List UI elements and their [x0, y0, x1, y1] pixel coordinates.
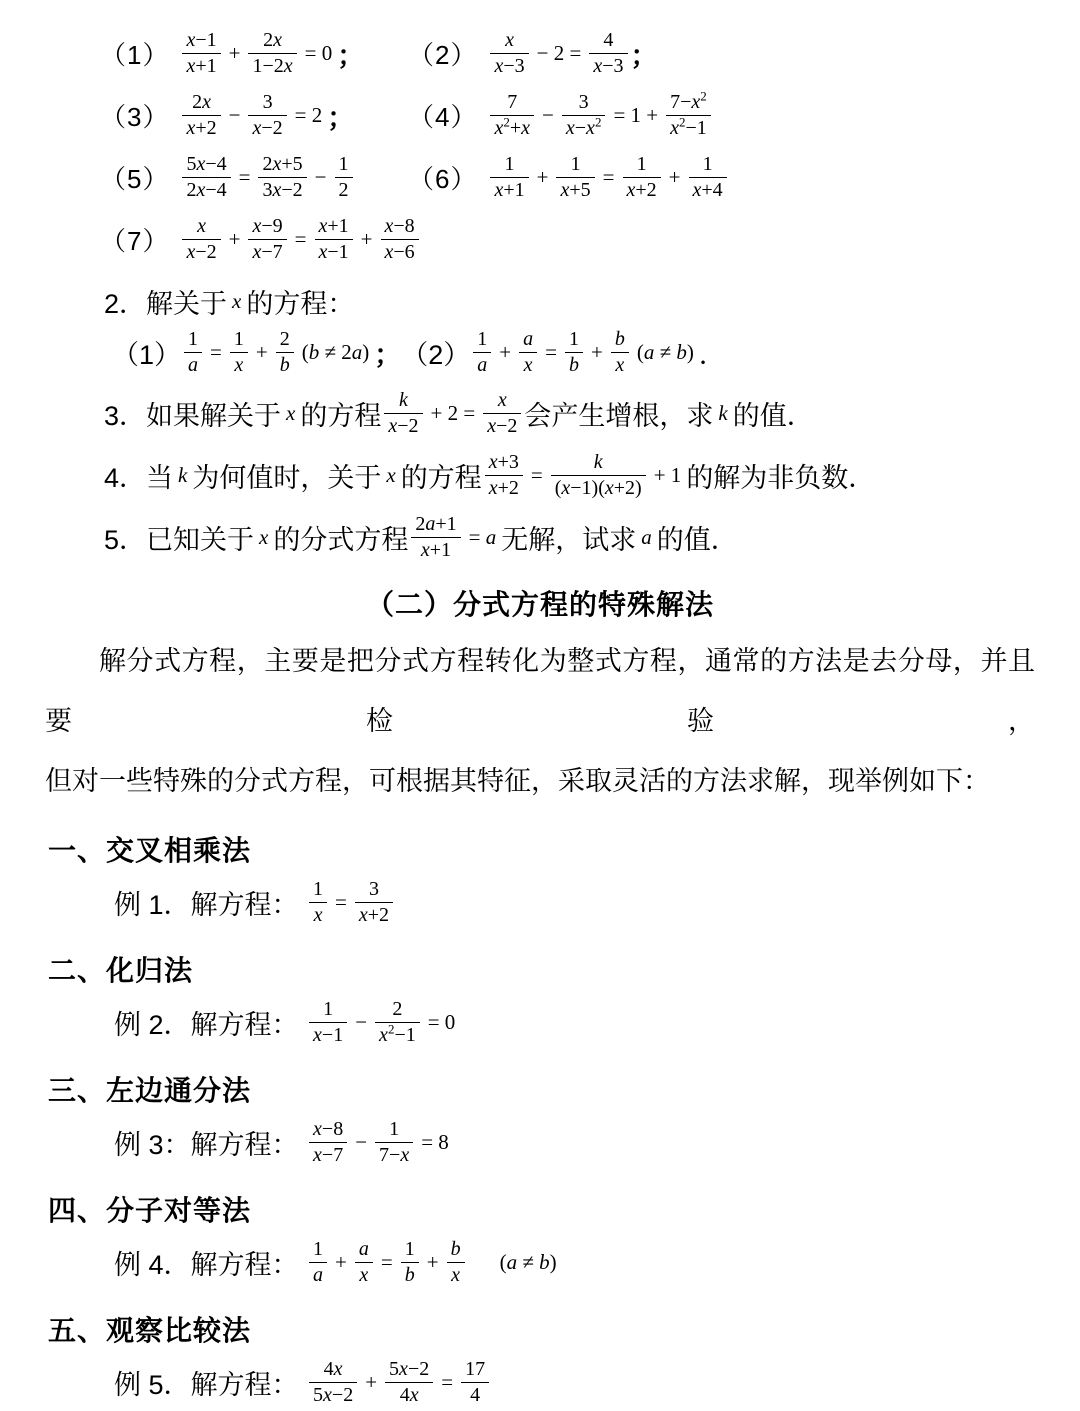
intro-paragraph-line-1: 解分式方程，主要是把分式方程转化为整式方程，通常的方法是去分母，并且要检验， — [45, 631, 1035, 751]
math-fraction: 2xx+2 — [182, 91, 220, 140]
math-fraction: 3x−x2 — [562, 91, 606, 140]
fraction-numerator: b — [611, 328, 629, 352]
text-run: 例 2．解方程： — [114, 1003, 306, 1042]
math-text: = — [335, 890, 347, 915]
math-fraction: xx−2 — [483, 389, 521, 438]
fraction-numerator: 1 — [699, 153, 717, 177]
text-run: 3．如果解关于 — [104, 394, 281, 433]
fraction-denominator: x+1 — [182, 54, 220, 78]
fraction-denominator: 7−x — [375, 1143, 413, 1167]
math-text: = a — [469, 525, 497, 550]
fraction-denominator: x−1 — [309, 1023, 347, 1047]
fraction-numerator: 1 — [565, 328, 583, 352]
math-text: = 1 + — [613, 103, 658, 128]
exercise-set-1: （1）x−1x+1+2x1−2x= 0；（2）xx−3− 2 =4x−3；（3）… — [100, 26, 1080, 266]
fraction-denominator: 4 — [466, 1383, 484, 1407]
method-block-3: 三、左边通分法例 3：解方程： x−8x−7−17−x= 8 — [0, 1069, 1080, 1171]
text-run: 2．解关于 — [104, 282, 227, 321]
math-text: + — [361, 227, 373, 252]
fraction-numerator: x−9 — [248, 215, 286, 239]
item-label: （4） — [408, 97, 477, 134]
fraction-denominator: x−1 — [315, 240, 353, 264]
item-label: （6） — [408, 159, 477, 196]
math-text: − — [542, 103, 554, 128]
math-text: + — [591, 340, 603, 365]
text-run: （1） — [112, 333, 181, 372]
fraction-numerator: 5x−2 — [385, 1358, 433, 1382]
math-text: + 1 — [654, 463, 682, 488]
fraction-denominator: 4x — [396, 1383, 423, 1407]
fraction-denominator: b — [401, 1263, 419, 1287]
fraction-denominator: x+2 — [182, 116, 220, 140]
fraction-numerator: 2 — [388, 998, 406, 1022]
math-fraction: 1b — [401, 1238, 419, 1287]
math-fraction: 1x+2 — [623, 153, 661, 202]
exercise-item: （5）5x−42x−4=2x+53x−2−12 — [100, 150, 408, 204]
text-run: 为何值时，关于 — [192, 456, 381, 495]
math-text: − — [355, 1010, 367, 1035]
item-label: （3） — [100, 97, 169, 134]
math-text: + — [229, 41, 241, 66]
math-text: = — [210, 340, 222, 365]
fraction-numerator: 17 — [461, 1358, 489, 1382]
fraction-denominator: x+1 — [417, 538, 455, 562]
fraction-numerator: 5x−4 — [182, 153, 230, 177]
fraction-denominator: x+2 — [355, 903, 393, 927]
math-text: a — [641, 525, 652, 550]
math-text: k — [718, 401, 727, 426]
fraction-numerator: k — [395, 389, 412, 413]
math-fraction: 7x2+x — [490, 91, 534, 140]
math-fraction: ax — [519, 328, 537, 377]
fraction-numerator: 2x+5 — [258, 153, 306, 177]
fraction-numerator: x−8 — [309, 1118, 347, 1142]
fraction-denominator: x−2 — [483, 414, 521, 438]
fraction-denominator: x+4 — [689, 178, 727, 202]
fraction-denominator: x2−1 — [375, 1023, 420, 1047]
fraction-denominator: x−2 — [248, 116, 286, 140]
fraction-numerator: 3 — [259, 91, 277, 115]
fraction-numerator: 2a+1 — [411, 513, 460, 537]
punctuation-bold: ； — [337, 34, 364, 73]
fraction-numerator: 1 — [633, 153, 651, 177]
fraction-denominator: a — [473, 353, 491, 377]
methods-list: 一、交叉相乘法例 1．解方程： 1x=3x+2二、化归法例 2．解方程： 1x−… — [0, 829, 1080, 1411]
item-label: （2） — [408, 35, 477, 72]
fraction-denominator: x — [310, 903, 327, 927]
fraction-numerator: 1 — [230, 328, 248, 352]
text-run: 的解为非负数． — [686, 456, 875, 495]
math-fraction: 2x1−2x — [248, 29, 296, 78]
math-fraction: xx−3 — [490, 29, 528, 78]
fraction-numerator: 1 — [385, 1118, 403, 1142]
fraction-denominator: x2−1 — [666, 116, 711, 140]
fraction-numerator: 4 — [599, 29, 617, 53]
method-block-5: 五、观察比较法例 5．解方程： 4x5x−2+5x−24x=174 — [0, 1309, 1080, 1411]
math-fraction: kx−2 — [384, 389, 422, 438]
fraction-numerator: 2x — [188, 91, 215, 115]
math-fraction: 174 — [461, 1358, 489, 1407]
math-text: = — [603, 165, 615, 190]
exercise-item: （1）x−1x+1+2x1−2x= 0； — [100, 26, 408, 80]
math-text: + — [229, 227, 241, 252]
math-fraction: x−8x−7 — [309, 1118, 347, 1167]
text-run: （2） — [401, 333, 470, 372]
math-fraction: bx — [447, 1238, 465, 1287]
fraction-denominator: x−7 — [309, 1143, 347, 1167]
method-block-1: 一、交叉相乘法例 1．解方程： 1x=3x+2 — [0, 829, 1080, 931]
example-line-1: 例 1．解方程： 1x=3x+2 — [114, 873, 1080, 931]
math-text: + — [537, 165, 549, 190]
fraction-denominator: 2 — [335, 178, 353, 202]
math-fraction: 1x−1 — [309, 998, 347, 1047]
exercise-item: （3）2xx+2−3x−2= 2； — [100, 88, 408, 142]
fraction-denominator: x−2 — [384, 414, 422, 438]
fraction-denominator: 1−2x — [248, 54, 296, 78]
method-block-2: 二、化归法例 2．解方程： 1x−1−2x2−1= 0 — [0, 949, 1080, 1051]
math-text: = — [531, 463, 543, 488]
math-fraction: x−1x+1 — [182, 29, 220, 78]
fraction-numerator: x−8 — [381, 215, 419, 239]
fraction-numerator: 3 — [365, 878, 383, 902]
fraction-numerator: a — [355, 1238, 373, 1262]
math-fraction: 4x−3 — [589, 29, 627, 78]
fraction-numerator: 1 — [473, 328, 491, 352]
exercise-item: （2）xx−3− 2 =4x−3； — [408, 26, 730, 80]
fraction-numerator: 4x — [320, 1358, 347, 1382]
method-title-5: 五、观察比较法 — [48, 1309, 1080, 1349]
text-run: 例 5．解方程： — [114, 1363, 306, 1402]
method-title-4: 四、分子对等法 — [48, 1189, 1080, 1229]
fraction-denominator: x−3 — [490, 54, 528, 78]
exercise-item: （6）1x+1+1x+5=1x+2+1x+4 — [408, 150, 730, 204]
fraction-numerator: a — [519, 328, 537, 352]
fraction-denominator: 2x−4 — [182, 178, 230, 202]
math-text: = — [239, 165, 251, 190]
math-fraction: 1a — [184, 328, 202, 377]
example-line-3: 例 3：解方程： x−8x−7−17−x= 8 — [114, 1113, 1080, 1171]
fraction-denominator: x−6 — [381, 240, 419, 264]
fraction-denominator: x2+x — [490, 116, 534, 140]
fraction-numerator: 1 — [401, 1238, 419, 1262]
fraction-numerator: 1 — [184, 328, 202, 352]
intro-paragraph-line-2: 但对一些特殊的分式方程，可根据其特征，采取灵活的方法求解，现举例如下： — [45, 751, 1035, 811]
section-2-title: （二）分式方程的特殊解法 — [0, 583, 1080, 623]
fraction-numerator: 3 — [575, 91, 593, 115]
math-fraction: x−8x−6 — [381, 215, 419, 264]
math-fraction: x+3x+2 — [485, 451, 523, 500]
punctuation-bold: ； — [374, 333, 401, 372]
math-text: x — [232, 289, 241, 314]
fraction-denominator: b — [565, 353, 583, 377]
math-text: = — [381, 1250, 393, 1275]
item-label: （7） — [100, 221, 169, 258]
math-fraction: 1x+4 — [689, 153, 727, 202]
fraction-numerator: 1 — [567, 153, 585, 177]
math-fraction: 1a — [309, 1238, 327, 1287]
math-text: x — [259, 525, 268, 550]
text-run: 会产生增根，求 — [524, 394, 713, 433]
math-text: = 8 — [421, 1130, 449, 1155]
example-line-4: 例 4．解方程： 1a+ax=1b+bx (a ≠ b) — [114, 1233, 1080, 1291]
problem-2-heading: 2．解关于x的方程： — [104, 282, 1080, 321]
worksheet-page: （1）x−1x+1+2x1−2x= 0；（2）xx−3− 2 =4x−3；（3）… — [0, 0, 1080, 1411]
problem-3: 3．如果解关于x的方程kx−2+ 2 =xx−2会产生增根，求k的值． — [104, 385, 1080, 441]
item-label: （1） — [100, 35, 169, 72]
fraction-numerator: 1 — [309, 1238, 327, 1262]
math-fraction: 1a — [473, 328, 491, 377]
fraction-numerator: x−1 — [182, 29, 220, 53]
math-text: + — [669, 165, 681, 190]
fraction-numerator: b — [447, 1238, 465, 1262]
problem-5: 5．已知关于x的分式方程2a+1x+1= a无解，试求a的值． — [104, 509, 1080, 565]
fraction-denominator: x+2 — [623, 178, 661, 202]
text-run: 的值． — [733, 394, 814, 433]
math-text: + — [427, 1250, 439, 1275]
fraction-denominator: 3x−2 — [258, 178, 306, 202]
math-fraction: x−9x−7 — [248, 215, 286, 264]
text-run: 的方程： — [246, 282, 354, 321]
method-title-2: 二、化归法 — [48, 949, 1080, 989]
intro-paragraph: 解分式方程，主要是把分式方程转化为整式方程，通常的方法是去分母，并且要检验， 但… — [45, 631, 1035, 811]
fraction-numerator: x+1 — [315, 215, 353, 239]
fraction-denominator: x — [611, 353, 628, 377]
fraction-denominator: x+2 — [485, 476, 523, 500]
math-text: + — [256, 340, 268, 365]
math-text: = 2 — [295, 103, 323, 128]
math-text: − — [229, 103, 241, 128]
example-line-2: 例 2．解方程： 1x−1−2x2−1= 0 — [114, 993, 1080, 1051]
math-fraction: xx−2 — [182, 215, 220, 264]
math-text: = 0 — [305, 41, 333, 66]
math-text: + — [499, 340, 511, 365]
math-text: = 0 — [428, 1010, 456, 1035]
fraction-denominator: x−3 — [589, 54, 627, 78]
fraction-denominator: (x−1)(x+2) — [551, 476, 646, 500]
text-run: 5．已知关于 — [104, 518, 254, 557]
math-fraction: x+1x−1 — [315, 215, 353, 264]
text-run: ． — [699, 333, 726, 372]
math-text: k — [178, 463, 187, 488]
math-text: (a ≠ b) — [637, 340, 694, 365]
math-fraction: 1b — [565, 328, 583, 377]
math-text: x — [286, 401, 295, 426]
math-fraction: 3x−2 — [248, 91, 286, 140]
fraction-numerator: 7 — [503, 91, 521, 115]
fraction-denominator: x−7 — [248, 240, 286, 264]
math-text: = — [545, 340, 557, 365]
text-run: 例 4．解方程： — [114, 1243, 306, 1282]
math-text: − — [355, 1130, 367, 1155]
text-run: 的分式方程 — [273, 518, 408, 557]
math-fraction: 1x — [309, 878, 327, 927]
math-text: − — [315, 165, 327, 190]
fraction-denominator: x−2 — [182, 240, 220, 264]
math-text: = — [441, 1370, 453, 1395]
item-label: （5） — [100, 159, 169, 196]
math-fraction: 1x — [230, 328, 248, 377]
punctuation-bold: ； — [327, 96, 354, 135]
fraction-denominator: a — [309, 1263, 327, 1287]
math-fraction: 7−x2x2−1 — [666, 91, 711, 140]
math-fraction: bx — [611, 328, 629, 377]
math-fraction: ax — [355, 1238, 373, 1287]
math-fraction: 12 — [335, 153, 353, 202]
math-text: + 2 = — [431, 401, 476, 426]
exercise-item: （4）7x2+x−3x−x2= 1 +7−x2x2−1 — [408, 88, 730, 142]
fraction-numerator: x+3 — [485, 451, 523, 475]
math-fraction: 2b — [276, 328, 294, 377]
fraction-denominator: x−x2 — [562, 116, 606, 140]
fraction-numerator: 1 — [501, 153, 519, 177]
fraction-numerator: 1 — [319, 998, 337, 1022]
math-text: x — [386, 463, 395, 488]
exercise-item: （7）xx−2+x−9x−7=x+1x−1+x−8x−6 — [100, 212, 408, 266]
math-text: + — [335, 1250, 347, 1275]
fraction-numerator: 7−x2 — [666, 91, 711, 115]
fraction-denominator: x+5 — [556, 178, 594, 202]
problem-2-subitems: （1）1a=1x+2b(b ≠ 2a)；（2）1a+ax=1b+bx(a ≠ b… — [112, 325, 1080, 379]
method-title-1: 一、交叉相乘法 — [48, 829, 1080, 869]
math-fraction: 4x5x−2 — [309, 1358, 357, 1407]
example-line-5: 例 5．解方程： 4x5x−2+5x−24x=174 — [114, 1353, 1080, 1411]
math-text: (a ≠ b) — [500, 1250, 557, 1275]
fraction-denominator: x — [447, 1263, 464, 1287]
fraction-numerator: x — [193, 215, 210, 239]
math-fraction: 3x+2 — [355, 878, 393, 927]
math-fraction: k(x−1)(x+2) — [551, 451, 646, 500]
text-run: 的值． — [657, 518, 738, 557]
fraction-denominator: a — [184, 353, 202, 377]
math-fraction: 17−x — [375, 1118, 413, 1167]
fraction-denominator: x+1 — [490, 178, 528, 202]
fraction-numerator: 2 — [276, 328, 294, 352]
math-text: = — [295, 227, 307, 252]
fraction-denominator: x — [355, 1263, 372, 1287]
math-fraction: 1x+5 — [556, 153, 594, 202]
text-run: 的方程 — [401, 456, 482, 495]
fraction-numerator: 1 — [309, 878, 327, 902]
punctuation-bold: ； — [631, 34, 658, 73]
problem-4: 4．当k为何值时，关于x的方程x+3x+2=k(x−1)(x+2)+ 1的解为非… — [104, 447, 1080, 503]
text-run: 例 3：解方程： — [114, 1123, 306, 1162]
method-title-3: 三、左边通分法 — [48, 1069, 1080, 1109]
math-fraction: 5x−24x — [385, 1358, 433, 1407]
math-fraction: 5x−42x−4 — [182, 153, 230, 202]
math-fraction: 1x+1 — [490, 153, 528, 202]
math-text: + — [365, 1370, 377, 1395]
math-fraction: 2a+1x+1 — [411, 513, 460, 562]
math-fraction: 2x+53x−2 — [258, 153, 306, 202]
fraction-numerator: k — [590, 451, 607, 475]
text-run: 4．当 — [104, 456, 173, 495]
math-text: (b ≠ 2a) — [302, 340, 370, 365]
math-text: − 2 = — [537, 41, 582, 66]
fraction-numerator: x — [501, 29, 518, 53]
text-run — [468, 1243, 495, 1282]
method-block-4: 四、分子对等法例 4．解方程： 1a+ax=1b+bx (a ≠ b) — [0, 1189, 1080, 1291]
text-run: 的方程 — [300, 394, 381, 433]
text-run: 例 1．解方程： — [114, 883, 306, 922]
fraction-numerator: x — [494, 389, 511, 413]
fraction-denominator: 5x−2 — [309, 1383, 357, 1407]
fraction-denominator: b — [276, 353, 294, 377]
text-run: 无解，试求 — [501, 518, 636, 557]
fraction-numerator: 2x — [259, 29, 286, 53]
fraction-denominator: x — [520, 353, 537, 377]
math-fraction: 2x2−1 — [375, 998, 420, 1047]
fraction-denominator: x — [230, 353, 247, 377]
fraction-numerator: 1 — [335, 153, 353, 177]
